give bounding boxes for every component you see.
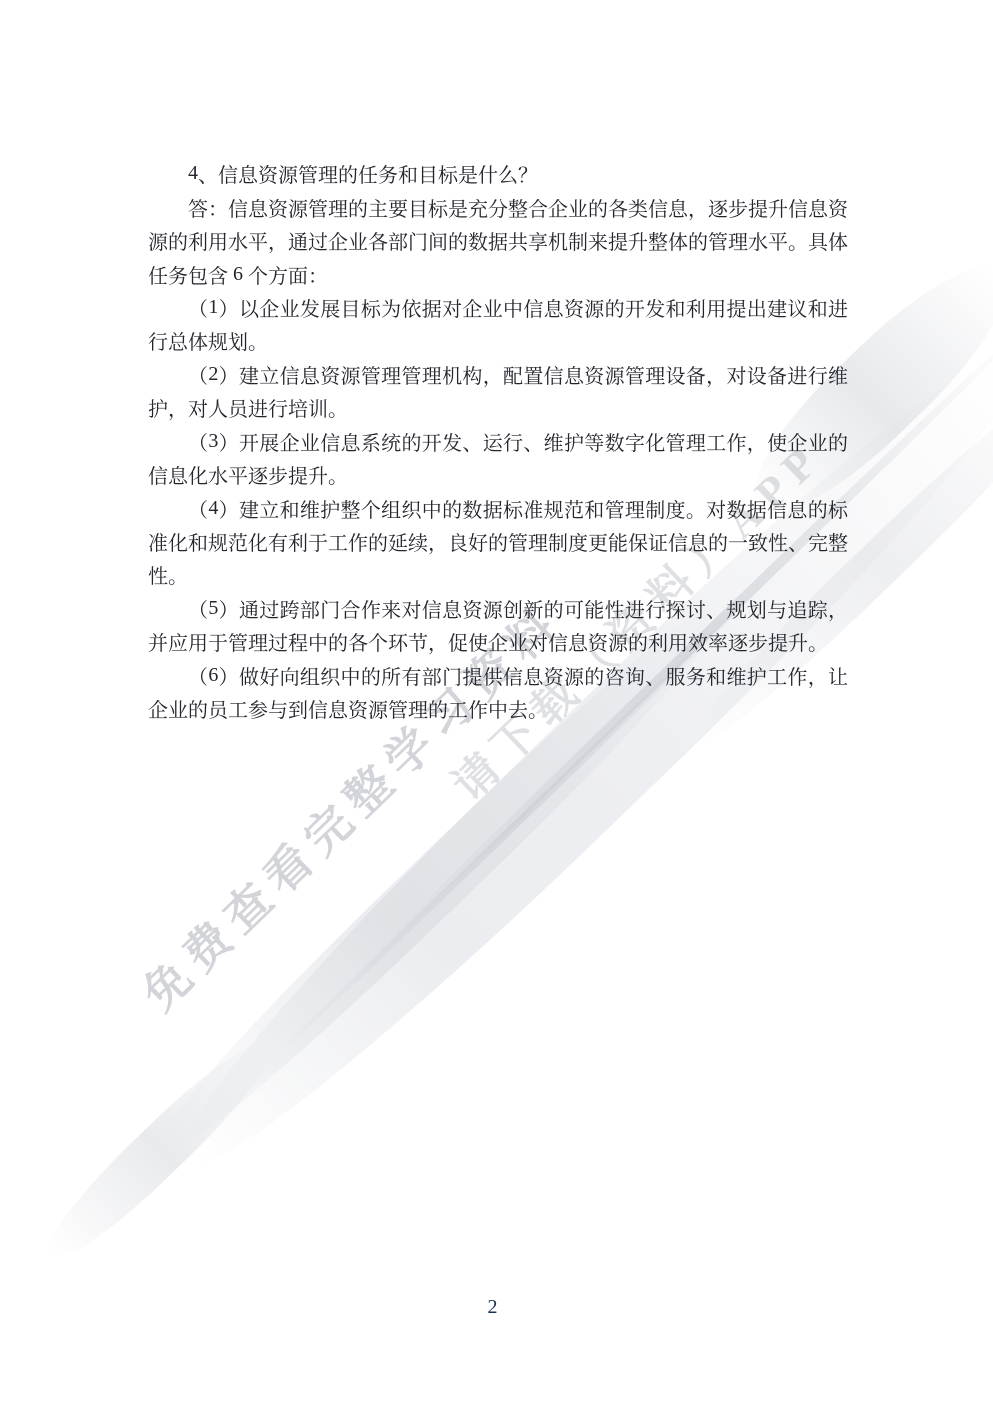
text-line: （4）建立和维护整个组织中的数据标准规范和管理制度。对数据信息的标 <box>148 491 848 524</box>
text-line: 答：信息资源管理的主要目标是充分整合企业的各类信息，逐步提升信息资 <box>148 190 848 223</box>
text-line: （3）开展企业信息系统的开发、运行、维护等数字化管理工作，使企业的 <box>148 425 848 458</box>
watermark-streak <box>35 1028 286 1272</box>
document-text: 4、信息资源管理的任务和目标是什么？答：信息资源管理的主要目标是充分整合企业的各… <box>148 157 848 725</box>
page-number: 2 <box>0 1296 985 1319</box>
text-line: （1）以企业发展目标为依据对企业中信息资源的开发和利用提出建议和进 <box>148 291 848 324</box>
text-line: （5）通过跨部门合作来对信息资源创新的可能性进行探讨、规划与追踪， <box>148 592 848 625</box>
text-line: 企业的员工参与到信息资源管理的工作中去。 <box>148 692 848 725</box>
text-line: 任务包含 6 个方面： <box>148 257 848 290</box>
text-line: 行总体规划。 <box>148 324 848 357</box>
text-line: 护，对人员进行培训。 <box>148 391 848 424</box>
text-line: （6）做好向组织中的所有部门提供信息资源的咨询、服务和维护工作，让 <box>148 659 848 692</box>
document-page: 免费查看完整学习资料 请下载（资料）APP 4、信息资源管理的任务和目标是什么？… <box>0 0 993 1404</box>
text-line: 源的利用水平，通过企业各部门间的数据共享机制来提升整体的管理水平。具体 <box>148 224 848 257</box>
text-line: （2）建立信息资源管理管理机构，配置信息资源管理设备，对设备进行维 <box>148 358 848 391</box>
text-line: 性。 <box>148 558 848 591</box>
text-line: 信息化水平逐步提升。 <box>148 458 848 491</box>
text-line: 准化和规范化有利于工作的延续，良好的管理制度更能保证信息的一致性、完整 <box>148 525 848 558</box>
text-line: 并应用于管理过程中的各个环节，促使企业对信息资源的利用效率逐步提升。 <box>148 625 848 658</box>
text-line: 4、信息资源管理的任务和目标是什么？ <box>148 157 848 190</box>
